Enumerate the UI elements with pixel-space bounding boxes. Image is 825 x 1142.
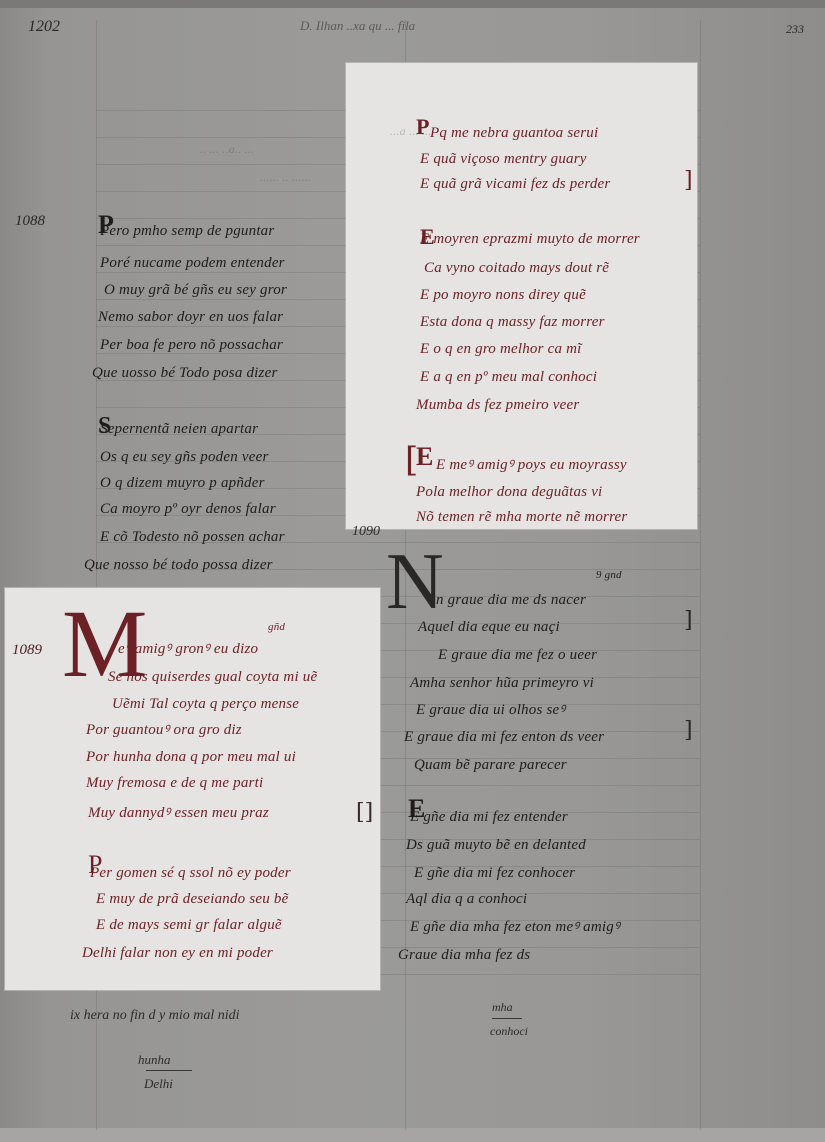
verse-line: Quam bẽ parare parecer: [414, 756, 567, 774]
page-top-edge: [0, 0, 825, 8]
underline: [146, 1070, 192, 1071]
verse-line: Pq me nebra guantoa serui: [430, 124, 598, 142]
verse-line: E graue dia me fez o ueer: [438, 646, 597, 664]
verse-line: E muy de prã deseiando seu bẽ: [96, 890, 288, 908]
folio-number-right: 233: [786, 22, 804, 37]
footer-note: ix hera no fin d y mio mal nidi: [70, 1008, 240, 1024]
verse-line: E quã viçoso mentry guary: [420, 150, 587, 168]
verse-line: Por guantouꝰ ora gro diz: [86, 721, 242, 739]
margin-rule: [700, 20, 701, 1130]
verse-line: Graue dia mha fez ds: [398, 946, 530, 964]
verse-line: Que uosso bé Todo posa dizer: [92, 364, 277, 382]
verse-line: Amha senhor hũa primeyro vi: [410, 674, 594, 692]
verse-line: Aql dia q a conhoci: [406, 890, 527, 908]
verse-line: Nemo sabor doyr en uos falar: [98, 308, 283, 326]
verse-line: E po moyro nons direy quẽ: [420, 286, 586, 304]
verse-note: 9 gnd: [596, 566, 622, 584]
show-through-text: .. ... ..a.. ...: [200, 140, 254, 158]
footer-note: hunha: [138, 1052, 171, 1068]
footer-note: Delhi: [144, 1076, 173, 1092]
verse-line: E moyren eprazmi muyto de morrer: [420, 230, 640, 248]
underline: [492, 1018, 522, 1019]
show-through-text: ...... .. ......: [260, 168, 311, 186]
page-bottom-edge: [0, 1128, 825, 1142]
verse-line: Pola melhor dona deguãtas vi: [416, 483, 602, 501]
verse-line: Esta dona q massy faz morrer: [420, 313, 605, 331]
verse-line: Por hunha dona q por meu mal ui: [86, 748, 296, 766]
verse-line: O muy grã bé gñs eu sey gror: [104, 281, 287, 299]
verse-line: Muy dannydꝰ essen meu praz: [88, 804, 269, 822]
verse-line: Poré nucame podem entender: [100, 254, 285, 272]
verse-line: Mumba ds fez pmeiro veer: [416, 396, 579, 414]
verse-line: Aquel dia eque eu naçi: [418, 618, 560, 636]
verse-line: Ca moyro pº oyr denos falar: [100, 500, 276, 518]
footer-note: mha: [492, 1000, 513, 1015]
verse-line: Per boa fe pero nõ possachar: [100, 336, 283, 354]
verse-line: E graue dia ui olhos seꝰ: [416, 701, 565, 719]
verse-line: E gñe dia mha fez eton meꝰ amigꝰ: [410, 918, 620, 936]
verse-line: Nõ temen rẽ mha morte nẽ morrer: [416, 508, 627, 526]
poem-number-1090: 1090: [352, 524, 380, 540]
header-note: D. Ilhan ..xa qu ... fila: [300, 18, 415, 34]
poem-number-1088: 1088: [15, 213, 45, 230]
manuscript-page: 1202 D. Ilhan ..xa qu ... fila 233 ...a …: [0, 0, 825, 1142]
verse-line: eꝰ amigꝰ gronꝰ eu dizo: [118, 640, 258, 658]
initial-letter: E: [416, 444, 433, 470]
initial-letter-decorated: N: [386, 542, 444, 622]
verse-line: n graue dia me ds nacer: [436, 591, 586, 609]
verse-line: Pero pmho semp de pguntar: [100, 222, 274, 240]
verse-line: Muy fremosa e de q me parti: [86, 774, 263, 792]
bracket-mark: ]: [684, 168, 693, 193]
verse-line: E o q en gro melhor ca mĩ: [420, 340, 582, 358]
verse-line: E de mays semi gr falar alguẽ: [96, 916, 282, 934]
initial-letter: P: [416, 116, 429, 138]
verse-line: E graue dia mi fez enton ds veer: [404, 728, 604, 746]
bracket-mark: ]: [684, 718, 693, 743]
verse-line: E meꝰ amigꝰ poys eu moyrassy: [436, 456, 627, 474]
verse-line: Uẽmi Tal coyta q perço mense: [112, 695, 299, 713]
poem-number-1089: 1089: [12, 642, 42, 659]
bracket-mark: []: [356, 800, 373, 825]
verse-line: Se nos quiserdes gual coyta mi uẽ: [108, 668, 317, 686]
folio-number-left: 1202: [28, 18, 60, 36]
verse-line: Os q eu sey gñs poden veer: [100, 448, 269, 466]
verse-line: E gñe dia mi fez entender: [410, 808, 568, 826]
verse-line: E cõ Todesto nõ possen achar: [100, 528, 285, 546]
verse-line: E a q en pº meu mal conhoci: [420, 368, 597, 386]
verse-line: E quã grã vicami fez ds perder: [420, 175, 610, 193]
bracket-mark: ]: [684, 608, 693, 633]
verse-note: gñd: [268, 618, 285, 636]
verse-line: Ca vyno coitado mays dout rẽ: [424, 259, 609, 277]
footer-note: conhoci: [490, 1024, 528, 1039]
verse-line: Ds guã muyto bẽ en delanted: [406, 836, 586, 854]
verse-line: Que nosso bé todo possa dizer: [84, 556, 273, 574]
verse-line: Sepernentã neien apartar: [100, 420, 258, 438]
verse-line: E gñe dia mi fez conhocer: [414, 864, 575, 882]
verse-line: Delhi falar non ey en mi poder: [82, 944, 273, 962]
verse-line: Per gomen sé q ssol nõ ey poder: [90, 864, 291, 882]
verse-line: O q dizem muyro p apñder: [100, 474, 265, 492]
